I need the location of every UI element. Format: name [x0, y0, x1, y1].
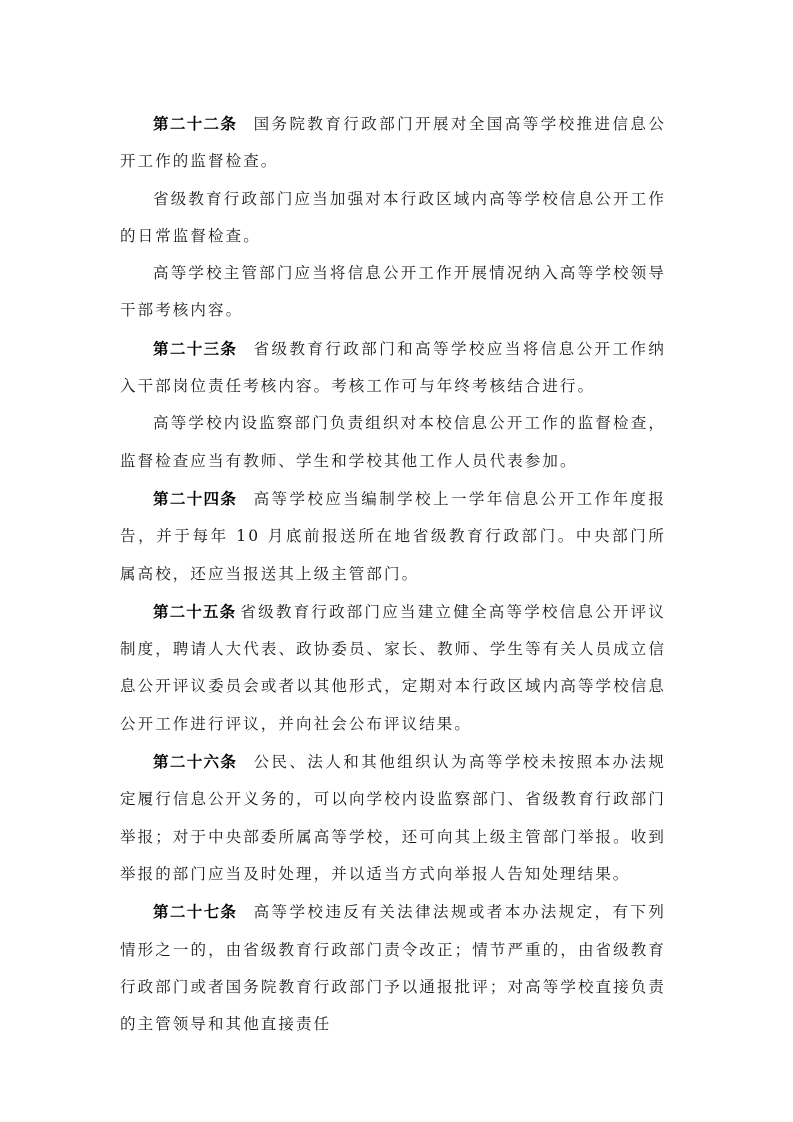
paragraph-text: 高等学校违反有关法律法规或者本办法规定，有下列情形之一的，由省级教育行政部门责令…	[120, 903, 666, 1033]
article-number: 第二十六条	[153, 752, 237, 771]
paragraph-text: 公民、法人和其他组织认为高等学校未按照本办法规定履行信息公开义务的，可以向学校内…	[120, 753, 666, 883]
paragraph-internal-supervision: 高等学校内设监察部门负责组织对本校信息公开工作的监督检查，监督检查应当有教师、学…	[120, 405, 666, 480]
paragraph-article-27: 第二十七条高等学校违反有关法律法规或者本办法规定，有下列情形之一的，由省级教育行…	[120, 893, 666, 1043]
article-number: 第二十三条	[153, 339, 237, 358]
document-page: 第二十二条国务院教育行政部门开展对全国高等学校推进信息公开工作的监督检查。 省级…	[120, 105, 666, 1043]
paragraph-article-24: 第二十四条高等学校应当编制学校上一学年信息公开工作年度报告，并于每年 10 月底…	[120, 480, 666, 593]
paragraph-article-26: 第二十六条公民、法人和其他组织认为高等学校未按照本办法规定履行信息公开义务的，可…	[120, 743, 666, 893]
paragraph-text: 省级教育行政部门应当加强对本行政区域内高等学校信息公开工作的日常监督检查。	[120, 190, 666, 245]
paragraph-text: 省级教育行政部门应当建立健全高等学校信息公开评议制度，聘请人大代表、政协委员、家…	[120, 603, 666, 733]
article-number: 第二十四条	[153, 489, 237, 508]
paragraph-provincial-supervision: 省级教育行政部门应当加强对本行政区域内高等学校信息公开工作的日常监督检查。	[120, 181, 666, 256]
paragraph-article-25: 第二十五条省级教育行政部门应当建立健全高等学校信息公开评议制度，聘请人大代表、政…	[120, 593, 666, 743]
paragraph-article-23: 第二十三条省级教育行政部门和高等学校应当将信息公开工作纳入干部岗位责任考核内容。…	[120, 330, 666, 406]
article-number: 第二十七条	[153, 902, 237, 921]
paragraph-text: 高等学校主管部门应当将信息公开工作开展情况纳入高等学校领导干部考核内容。	[120, 264, 666, 319]
article-number: 第二十五条	[153, 602, 236, 621]
paragraph-authority-assessment: 高等学校主管部门应当将信息公开工作开展情况纳入高等学校领导干部考核内容。	[120, 255, 666, 330]
paragraph-article-22: 第二十二条国务院教育行政部门开展对全国高等学校推进信息公开工作的监督检查。	[120, 105, 666, 181]
paragraph-text: 高等学校内设监察部门负责组织对本校信息公开工作的监督检查，监督检查应当有教师、学…	[120, 414, 666, 469]
article-number: 第二十二条	[153, 114, 237, 133]
